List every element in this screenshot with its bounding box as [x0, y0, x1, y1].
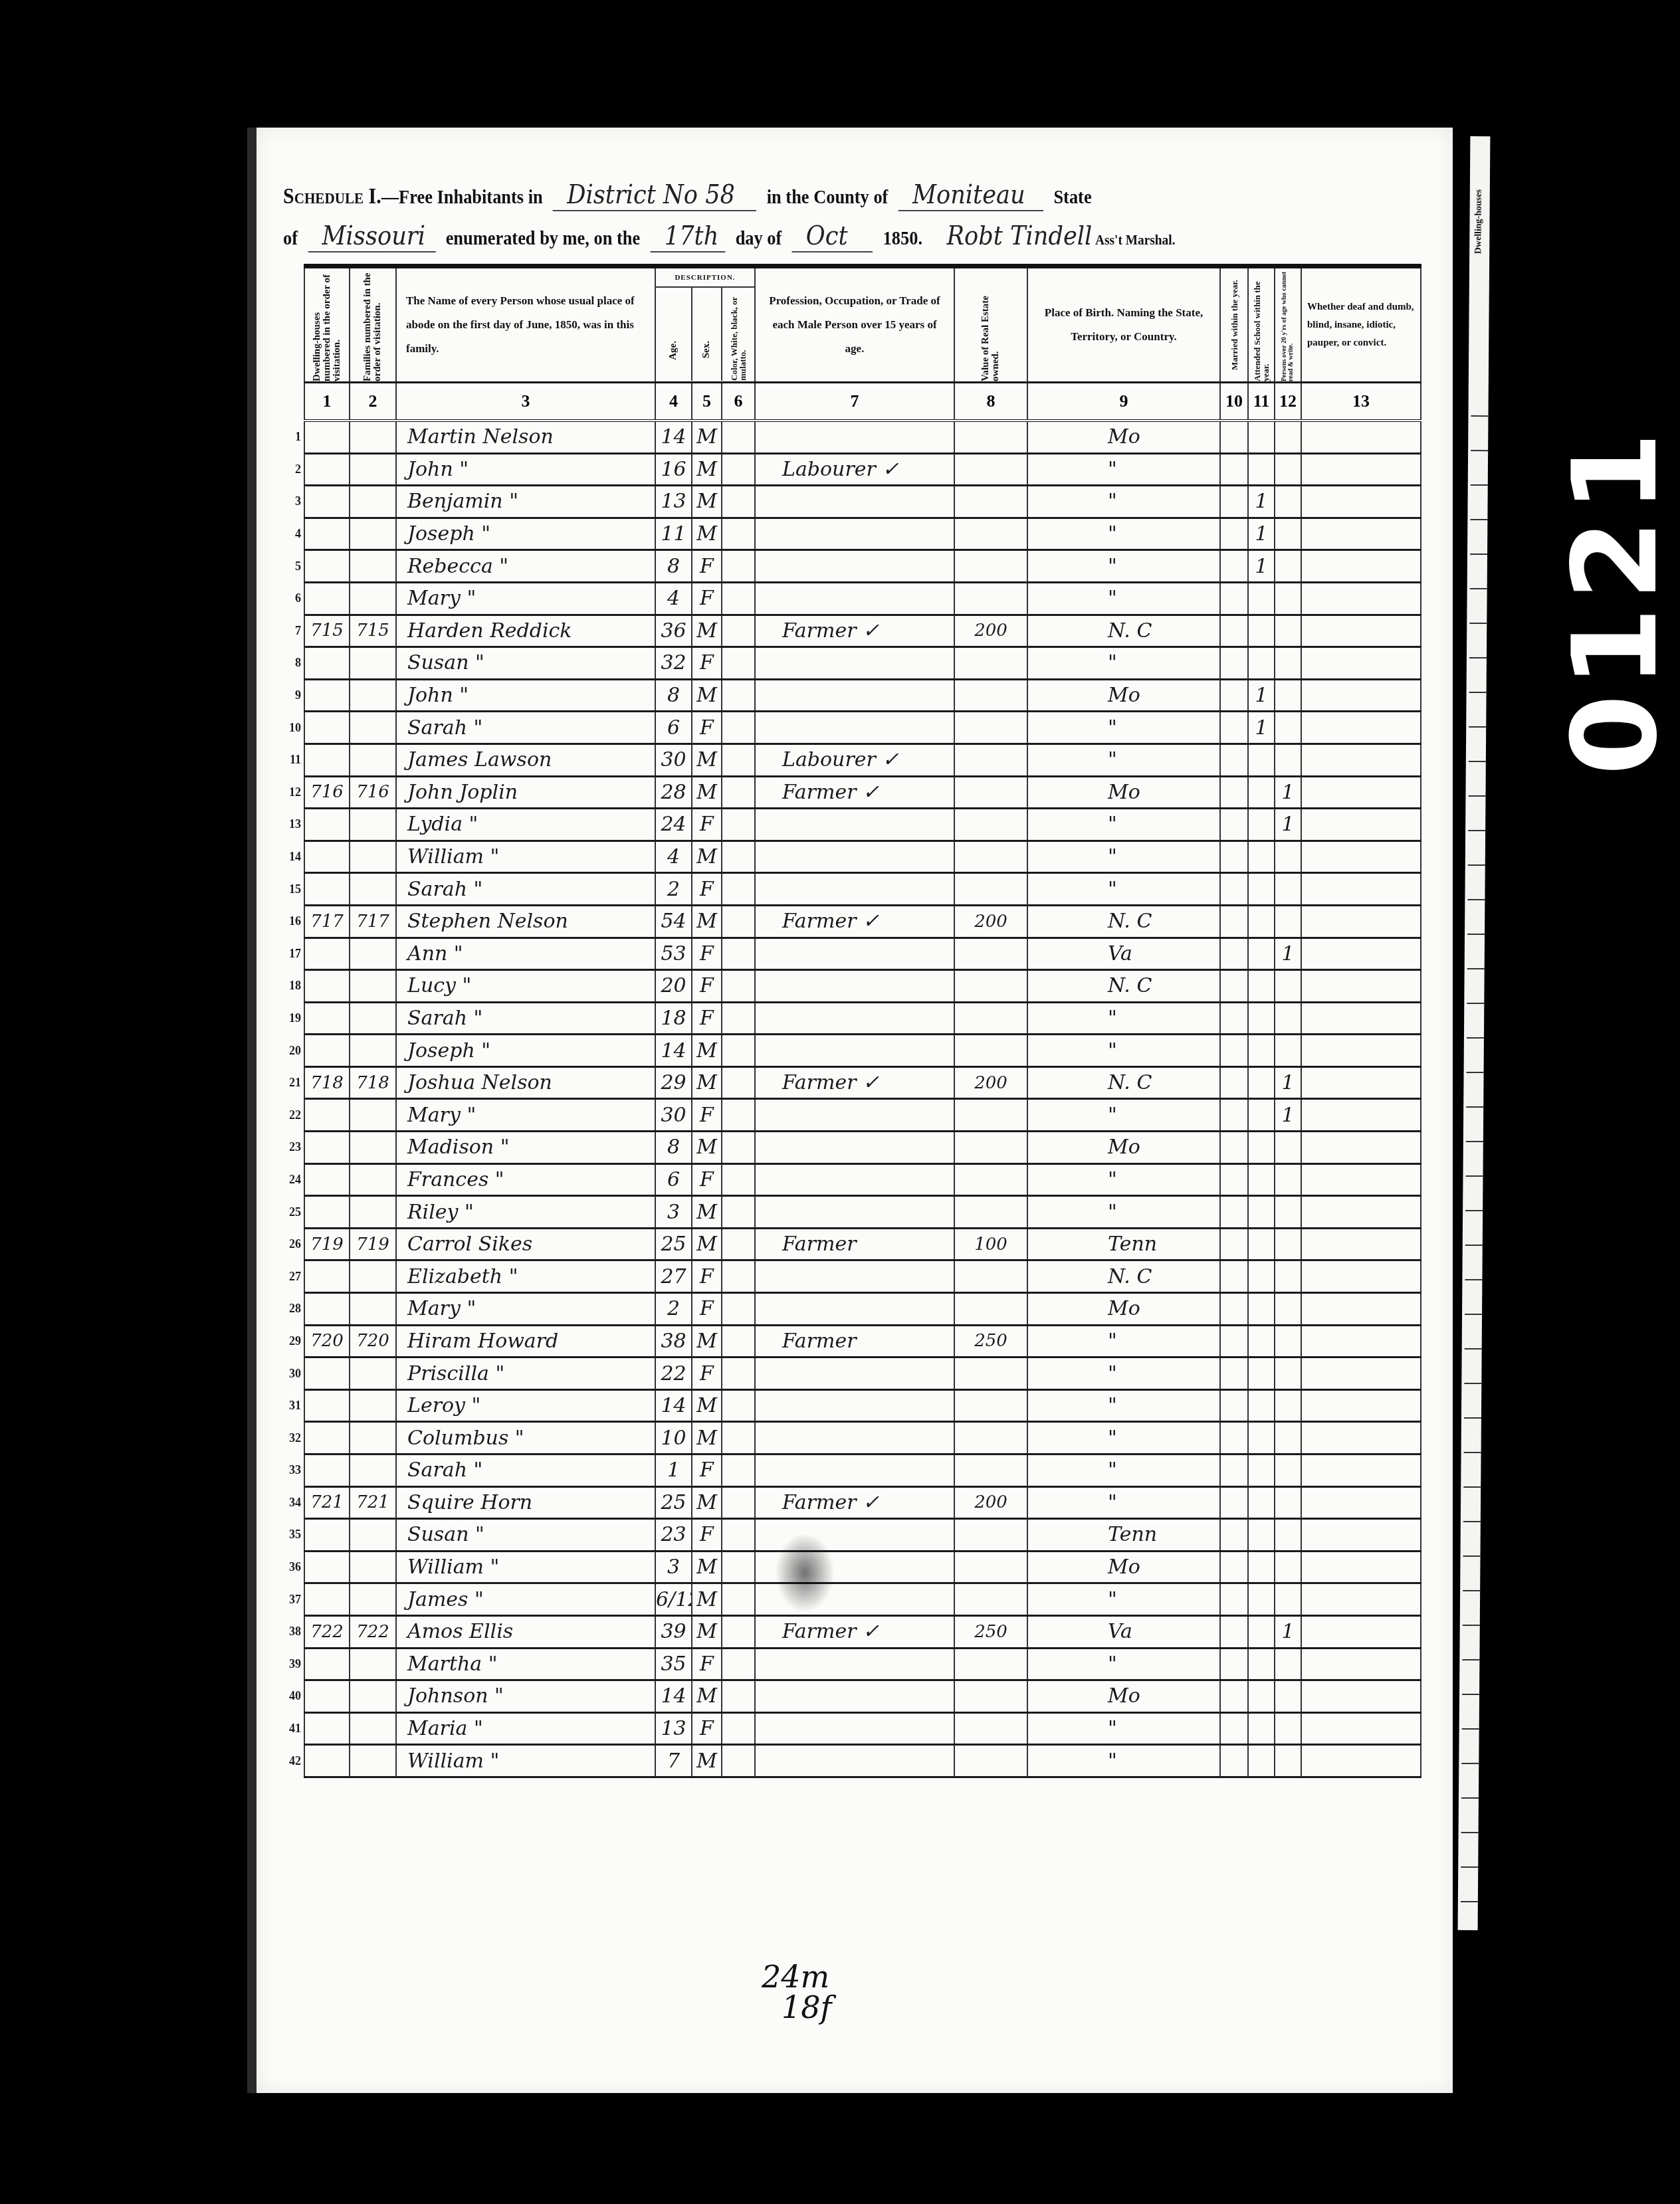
school-cell [1248, 1132, 1275, 1164]
sex-cell: M [692, 776, 722, 809]
color-cell [722, 1680, 755, 1713]
person-name-cell: Johnson " [396, 1680, 655, 1713]
real-estate-value-cell: 250 [954, 1325, 1027, 1357]
table-row: 39Martha "35F" [284, 1648, 1421, 1680]
person-name-cell: Ann " [396, 938, 655, 970]
school-cell [1248, 1260, 1275, 1293]
adjacent-page-rule [1468, 830, 1485, 831]
condition-cell [1301, 841, 1421, 873]
color-cell [722, 938, 755, 970]
person-name-cell: Amos Ellis [396, 1615, 655, 1648]
line-number-cell: 6 [284, 582, 304, 615]
dwelling-number-cell [304, 1002, 350, 1035]
line-number-cell: 35 [284, 1519, 304, 1552]
line-number-cell: 27 [284, 1260, 304, 1293]
condition-cell [1301, 1066, 1421, 1099]
real-estate-value-cell [954, 1712, 1027, 1745]
color-cell [722, 1228, 755, 1260]
line-number-cell: 22 [284, 1099, 304, 1132]
married-cell [1220, 550, 1248, 583]
school-cell [1248, 1422, 1275, 1454]
school-cell [1248, 1648, 1275, 1680]
sex-cell: F [692, 582, 722, 615]
person-name-cell: Lydia " [396, 809, 655, 841]
age-cell: 8 [655, 1132, 692, 1164]
occupation-cell [755, 486, 954, 518]
occupation-cell [755, 1002, 954, 1035]
condition-cell [1301, 421, 1421, 453]
illiterate-cell [1275, 1228, 1301, 1260]
married-cell [1220, 1648, 1248, 1680]
real-estate-value-cell [954, 582, 1027, 615]
sex-cell: F [692, 938, 722, 970]
family-number-cell: 722 [350, 1615, 396, 1648]
birthplace-cell: " [1027, 873, 1220, 906]
age-cell: 3 [655, 1196, 692, 1229]
col-header-condition: Whether deaf and dumb, blind, insane, id… [1301, 266, 1421, 383]
color-cell [722, 1519, 755, 1552]
schedule-label: Schedule I. [283, 184, 381, 209]
sex-cell: M [692, 1228, 722, 1260]
col-header-color: Color, White, black, or mulatto. [730, 288, 747, 381]
line-number-cell: 10 [284, 712, 304, 744]
dwelling-number-cell [304, 486, 350, 518]
occupation-cell: Farmer [755, 1228, 954, 1260]
occupation-cell [755, 1389, 954, 1422]
person-name-cell: Leroy " [396, 1389, 655, 1422]
condition-cell [1301, 1745, 1421, 1777]
school-cell [1248, 1454, 1275, 1487]
illiterate-cell [1275, 873, 1301, 906]
family-number-cell [350, 1002, 396, 1035]
sex-cell: F [692, 1712, 722, 1745]
table-row: 37James "6/12M" [284, 1583, 1421, 1616]
real-estate-value-cell [954, 1002, 1027, 1035]
family-number-cell [350, 1454, 396, 1487]
married-cell [1220, 1035, 1248, 1067]
color-cell [722, 1099, 755, 1132]
col-num: 9 [1027, 383, 1220, 421]
birthplace-cell: " [1027, 1745, 1220, 1777]
married-cell [1220, 1486, 1248, 1519]
adjacent-page-rule [1462, 1659, 1479, 1660]
age-cell: 13 [655, 1712, 692, 1745]
real-estate-value-cell [954, 518, 1027, 550]
dwelling-number-cell [304, 518, 350, 550]
occupation-cell [755, 1132, 954, 1164]
occupation-cell: Labourer ✓ [755, 744, 954, 776]
condition-cell [1301, 550, 1421, 583]
adjacent-page-rule [1465, 1314, 1482, 1315]
sex-cell: M [692, 615, 722, 647]
school-cell [1248, 453, 1275, 486]
birthplace-cell: " [1027, 1035, 1220, 1067]
illiterate-cell [1275, 486, 1301, 518]
line-number-cell: 16 [284, 905, 304, 938]
condition-cell [1301, 809, 1421, 841]
real-estate-value-cell [954, 1389, 1027, 1422]
col-num: 8 [954, 383, 1027, 421]
occupation-cell: Farmer ✓ [755, 1066, 954, 1099]
col-num: 7 [755, 383, 954, 421]
adjacent-page-rule [1465, 1210, 1483, 1211]
age-cell: 23 [655, 1519, 692, 1552]
occupation-cell [755, 1260, 954, 1293]
real-estate-value-cell: 200 [954, 1066, 1027, 1099]
school-cell [1248, 421, 1275, 453]
color-cell [722, 1745, 755, 1777]
person-name-cell: John " [396, 679, 655, 712]
condition-cell [1301, 1035, 1421, 1067]
dwelling-number-cell [304, 1293, 350, 1326]
col-header-illiterate: Persons over 20 y'rs of age who cannot r… [1275, 266, 1301, 383]
age-cell: 30 [655, 744, 692, 776]
occupation-cell: Labourer ✓ [755, 453, 954, 486]
table-row: 8Susan "32F" [284, 647, 1421, 680]
dwelling-number-cell [304, 712, 350, 744]
dwelling-number-cell [304, 873, 350, 906]
married-cell [1220, 744, 1248, 776]
family-number-cell [350, 809, 396, 841]
dwelling-number-cell: 715 [304, 615, 350, 647]
year-label: 1850. [883, 227, 922, 249]
sex-cell: F [692, 1454, 722, 1487]
birthplace-cell: " [1027, 809, 1220, 841]
person-name-cell: Carrol Sikes [396, 1228, 655, 1260]
table-row: 19Sarah "18F" [284, 1002, 1421, 1035]
color-cell [722, 1486, 755, 1519]
color-cell [722, 970, 755, 1003]
census-table-wrap: Dwelling-houses numbered in the order of… [284, 264, 1421, 1778]
sex-cell: M [692, 1583, 722, 1616]
school-cell [1248, 1357, 1275, 1390]
real-estate-value-cell [954, 1551, 1027, 1583]
header-line-1: Schedule I.—Free Inhabitants in District… [283, 179, 1092, 211]
of-label: of [283, 227, 298, 249]
real-estate-value-cell [954, 647, 1027, 680]
real-estate-value-cell [954, 1260, 1027, 1293]
marshal-field: Robt Tindell [932, 221, 1089, 251]
sex-cell: M [692, 679, 722, 712]
table-row: 9John "8MMo1 [284, 679, 1421, 712]
birthplace-cell: " [1027, 744, 1220, 776]
condition-cell [1301, 1132, 1421, 1164]
line-number-cell: 38 [284, 1615, 304, 1648]
table-row: 20Joseph "14M" [284, 1035, 1421, 1067]
line-number-cell: 8 [284, 647, 304, 680]
line-number-cell: 20 [284, 1035, 304, 1067]
tally-female: 18f [762, 1992, 832, 2023]
line-number-cell: 4 [284, 518, 304, 550]
school-cell [1248, 1325, 1275, 1357]
condition-cell [1301, 1615, 1421, 1648]
table-row: 27Elizabeth "27FN. C [284, 1260, 1421, 1293]
condition-cell [1301, 1002, 1421, 1035]
real-estate-value-cell [954, 938, 1027, 970]
married-cell [1220, 1132, 1248, 1164]
real-estate-value-cell [954, 679, 1027, 712]
line-number-cell: 3 [284, 486, 304, 518]
occupation-cell [755, 1163, 954, 1196]
age-cell: 27 [655, 1260, 692, 1293]
color-cell [722, 1422, 755, 1454]
col-header-dwelling: Dwelling-houses numbered in the order of… [304, 266, 350, 383]
adjacent-page-rule [1471, 450, 1488, 451]
age-cell: 8 [655, 679, 692, 712]
color-cell [722, 905, 755, 938]
table-row: 15Sarah "2F" [284, 873, 1421, 906]
occupation-cell: Farmer ✓ [755, 776, 954, 809]
occupation-cell [755, 1454, 954, 1487]
condition-cell [1301, 615, 1421, 647]
dwelling-number-cell [304, 453, 350, 486]
school-cell [1248, 1583, 1275, 1616]
real-estate-value-cell [954, 1648, 1027, 1680]
sex-cell: M [692, 453, 722, 486]
line-number-cell: 5 [284, 550, 304, 583]
birthplace-cell: Mo [1027, 1551, 1220, 1583]
family-number-cell [350, 1163, 396, 1196]
dwelling-number-cell: 720 [304, 1325, 350, 1357]
condition-cell [1301, 453, 1421, 486]
col-num: 10 [1220, 383, 1248, 421]
page-stamp-number: 0121 [1548, 425, 1680, 775]
condition-cell [1301, 1357, 1421, 1390]
illiterate-cell [1275, 970, 1301, 1003]
col-num: 3 [396, 383, 655, 421]
illiterate-cell [1275, 1132, 1301, 1164]
school-cell [1248, 905, 1275, 938]
family-number-cell [350, 1035, 396, 1067]
dwelling-number-cell: 716 [304, 776, 350, 809]
occupation-cell: Farmer ✓ [755, 1615, 954, 1648]
occupation-cell [755, 841, 954, 873]
dwelling-number-cell [304, 1389, 350, 1422]
illiterate-cell [1275, 1357, 1301, 1390]
school-cell [1248, 776, 1275, 809]
family-number-cell [350, 1551, 396, 1583]
age-cell: 4 [655, 841, 692, 873]
adjacent-page-rule [1463, 1486, 1481, 1488]
table-row: 35Susan "23FTenn [284, 1519, 1421, 1552]
age-cell: 3 [655, 1551, 692, 1583]
birthplace-cell: Tenn [1027, 1519, 1220, 1552]
occupation-cell [755, 1648, 954, 1680]
day-field: 17th [651, 221, 726, 252]
color-cell [722, 486, 755, 518]
birthplace-cell: " [1027, 712, 1220, 744]
condition-cell [1301, 1293, 1421, 1326]
dwelling-number-cell [304, 1454, 350, 1487]
col-num: 5 [692, 383, 722, 421]
family-number-cell [350, 1389, 396, 1422]
occupation-cell [755, 1745, 954, 1777]
occupation-cell: Farmer [755, 1325, 954, 1357]
dwelling-number-cell [304, 744, 350, 776]
line-number-cell: 23 [284, 1132, 304, 1164]
state-label: State [1053, 186, 1091, 208]
color-cell [722, 679, 755, 712]
condition-cell [1301, 1228, 1421, 1260]
tally-note: 24m 18f [762, 1961, 832, 2023]
illiterate-cell [1275, 841, 1301, 873]
sex-cell: F [692, 1099, 722, 1132]
col-header-real-estate: Value of Real Estate owned. [954, 266, 1027, 383]
age-cell: 2 [655, 873, 692, 906]
adjacent-page-rule [1465, 1245, 1483, 1246]
family-number-cell: 715 [350, 615, 396, 647]
age-cell: 14 [655, 1035, 692, 1067]
illiterate-cell: 1 [1275, 809, 1301, 841]
adjacent-page-rule [1463, 1555, 1480, 1557]
illiterate-cell [1275, 1454, 1301, 1487]
table-row: 12716716John Joplin28MFarmer ✓Mo1 [284, 776, 1421, 809]
color-cell [722, 873, 755, 906]
age-cell: 14 [655, 1389, 692, 1422]
real-estate-value-cell [954, 1035, 1027, 1067]
real-estate-value-cell [954, 970, 1027, 1003]
condition-cell [1301, 1583, 1421, 1616]
birthplace-cell: " [1027, 1357, 1220, 1390]
real-estate-value-cell [954, 1099, 1027, 1132]
adjacent-page-rule [1469, 726, 1486, 728]
school-cell: 1 [1248, 712, 1275, 744]
family-number-cell [350, 518, 396, 550]
condition-cell [1301, 1519, 1421, 1552]
real-estate-value-cell [954, 1454, 1027, 1487]
family-number-cell [350, 550, 396, 583]
birthplace-cell: " [1027, 647, 1220, 680]
adjacent-page-rule [1469, 761, 1486, 762]
tally-male: 24m [762, 1961, 832, 1992]
adjacent-page-rule [1470, 588, 1487, 589]
col-header-school: Attended School within the year. [1248, 266, 1275, 383]
age-cell: 29 [655, 1066, 692, 1099]
birthplace-cell: Va [1027, 938, 1220, 970]
table-row: 21718718Joshua Nelson29MFarmer ✓200N. C1 [284, 1066, 1421, 1099]
real-estate-value-cell: 100 [954, 1228, 1027, 1260]
adjacent-page-rule [1467, 899, 1485, 900]
dwelling-number-cell [304, 841, 350, 873]
age-cell: 25 [655, 1486, 692, 1519]
line-number-cell: 37 [284, 1583, 304, 1616]
line-number-cell: 30 [284, 1357, 304, 1390]
line-number-cell: 12 [284, 776, 304, 809]
table-row: 5Rebecca "8F"1 [284, 550, 1421, 583]
col-header-age: Age. [669, 341, 679, 360]
person-name-cell: Sarah " [396, 712, 655, 744]
sex-cell: M [692, 1035, 722, 1067]
school-cell [1248, 744, 1275, 776]
birthplace-cell: Tenn [1027, 1228, 1220, 1260]
sex-cell: M [692, 1066, 722, 1099]
person-name-cell: Hiram Howard [396, 1325, 655, 1357]
color-cell [722, 1551, 755, 1583]
color-cell [722, 1583, 755, 1616]
line-number-cell: 11 [284, 744, 304, 776]
family-number-cell [350, 1680, 396, 1713]
married-cell [1220, 486, 1248, 518]
illiterate-cell [1275, 1325, 1301, 1357]
married-cell [1220, 1260, 1248, 1293]
birthplace-cell: " [1027, 1196, 1220, 1229]
married-cell [1220, 1325, 1248, 1357]
school-cell [1248, 1196, 1275, 1229]
color-cell [722, 1066, 755, 1099]
table-row: 31Leroy "14M" [284, 1389, 1421, 1422]
age-cell: 20 [655, 970, 692, 1003]
occupation-cell [755, 518, 954, 550]
adjacent-page-rule [1469, 657, 1487, 658]
school-cell [1248, 1680, 1275, 1713]
adjacent-page-rule [1469, 623, 1487, 624]
condition-cell [1301, 1551, 1421, 1583]
color-cell [722, 1260, 755, 1293]
age-cell: 30 [655, 1099, 692, 1132]
birthplace-cell: " [1027, 1583, 1220, 1616]
school-cell: 1 [1248, 550, 1275, 583]
sex-cell: F [692, 1648, 722, 1680]
occupation-cell [755, 679, 954, 712]
day-of-label: day of [736, 227, 782, 249]
birthplace-cell: " [1027, 453, 1220, 486]
occupation-cell [755, 809, 954, 841]
person-name-cell: Riley " [396, 1196, 655, 1229]
person-name-cell: Frances " [396, 1163, 655, 1196]
illiterate-cell [1275, 615, 1301, 647]
marshal-label: Ass't Marshal. [1095, 231, 1175, 248]
family-number-cell [350, 582, 396, 615]
school-cell [1248, 1486, 1275, 1519]
condition-cell [1301, 1422, 1421, 1454]
illiterate-cell [1275, 1551, 1301, 1583]
line-number-cell: 18 [284, 970, 304, 1003]
age-cell: 6 [655, 712, 692, 744]
family-number-cell [350, 1293, 396, 1326]
line-number-cell: 36 [284, 1551, 304, 1583]
condition-cell [1301, 938, 1421, 970]
illiterate-cell [1275, 1293, 1301, 1326]
real-estate-value-cell: 200 [954, 1486, 1027, 1519]
dwelling-number-cell: 719 [304, 1228, 350, 1260]
sex-cell: M [692, 1486, 722, 1519]
dwelling-number-cell: 718 [304, 1066, 350, 1099]
age-cell: 1 [655, 1454, 692, 1487]
person-name-cell: William " [396, 1745, 655, 1777]
birthplace-cell: N. C [1027, 615, 1220, 647]
school-cell: 1 [1248, 679, 1275, 712]
real-estate-value-cell [954, 712, 1027, 744]
married-cell [1220, 1422, 1248, 1454]
color-cell [722, 518, 755, 550]
married-cell [1220, 1551, 1248, 1583]
occupation-cell [755, 1680, 954, 1713]
family-number-cell [350, 1422, 396, 1454]
col-header-sex: Sex. [702, 341, 712, 358]
table-row: 14William "4M" [284, 841, 1421, 873]
color-cell [722, 1712, 755, 1745]
color-cell [722, 1293, 755, 1326]
table-row: 13Lydia "24F"1 [284, 809, 1421, 841]
dwelling-number-cell [304, 1132, 350, 1164]
line-number-cell: 40 [284, 1680, 304, 1713]
married-cell [1220, 1389, 1248, 1422]
color-cell [722, 809, 755, 841]
birthplace-cell: N. C [1027, 1066, 1220, 1099]
illiterate-cell [1275, 1486, 1301, 1519]
line-number-cell: 32 [284, 1422, 304, 1454]
condition-cell [1301, 679, 1421, 712]
